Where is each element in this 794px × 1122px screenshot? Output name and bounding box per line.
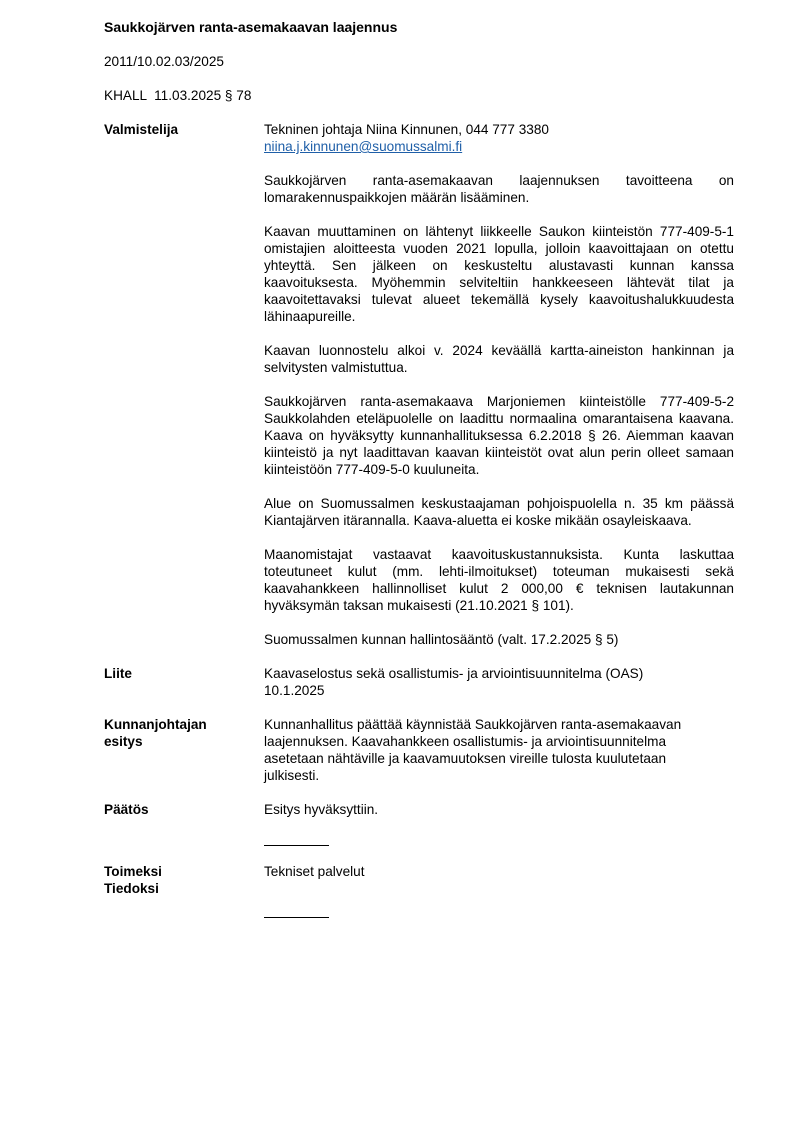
- paragraph: Saukkojärven ranta-asemakaava Marjonieme…: [264, 393, 734, 478]
- paragraph: Kaavan luonnostelu alkoi v. 2024 kevääll…: [264, 342, 734, 376]
- paragraph: Alue on Suomussalmen keskustaajaman pohj…: [264, 495, 734, 529]
- section-label-esitys: Kunnanjohtajan esitys: [104, 716, 264, 784]
- section-label-paatos: Päätös: [104, 801, 264, 818]
- section-label-liite: Liite: [104, 665, 264, 699]
- section-liite: Liite Kaavaselostus sekä osallistumis- j…: [104, 665, 744, 699]
- document-page: Saukkojärven ranta-asemakaavan laajennus…: [104, 19, 744, 918]
- document-title: Saukkojärven ranta-asemakaavan laajennus: [104, 19, 744, 36]
- paragraph: Kaavan muuttaminen on lähtenyt liikkeell…: [264, 223, 734, 325]
- label-line: Toimeksi: [104, 863, 264, 880]
- section-label-toimeksi: Toimeksi Tiedoksi: [104, 863, 264, 897]
- section-valmistelija: Valmistelija Tekninen johtaja Niina Kinn…: [104, 121, 744, 648]
- section-esitys: Kunnanjohtajan esitys Kunnanhallitus pää…: [104, 716, 744, 784]
- separator-row: [104, 917, 744, 918]
- label-line: Tiedoksi: [104, 880, 264, 897]
- attachment-text: Kaavaselostus sekä osallistumis- ja arvi…: [264, 665, 684, 699]
- proposal-text: Kunnanhallitus päättää käynnistää Saukko…: [264, 716, 709, 784]
- label-line: Kunnanjohtajan: [104, 716, 264, 733]
- separator-row: [104, 845, 744, 846]
- preparer-info: Tekninen johtaja Niina Kinnunen, 044 777…: [264, 121, 734, 138]
- section-content-valmistelija: Tekninen johtaja Niina Kinnunen, 044 777…: [264, 121, 734, 648]
- paragraph: Maanomistajat vastaavat kaavoituskustann…: [264, 546, 734, 614]
- reference-number: 2011/10.02.03/2025: [104, 53, 744, 70]
- section-label-valmistelija: Valmistelija: [104, 121, 264, 648]
- paragraph: Suomussalmen kunnan hallintosääntö (valt…: [264, 631, 734, 648]
- decision-text: Esitys hyväksyttiin.: [264, 801, 734, 818]
- section-paatos: Päätös Esitys hyväksyttiin.: [104, 801, 744, 818]
- label-line: esitys: [104, 733, 264, 750]
- paragraph: Saukkojärven ranta-asemakaavan laajennuk…: [264, 172, 734, 206]
- assignment-text: Tekniset palvelut: [264, 863, 734, 897]
- preparer-email-link[interactable]: niina.j.kinnunen@suomussalmi.fi: [264, 139, 462, 154]
- separator-line: [264, 845, 329, 846]
- section-toimeksi: Toimeksi Tiedoksi Tekniset palvelut: [104, 863, 744, 897]
- separator-line: [264, 917, 329, 918]
- meeting-reference: KHALL 11.03.2025 § 78: [104, 87, 744, 104]
